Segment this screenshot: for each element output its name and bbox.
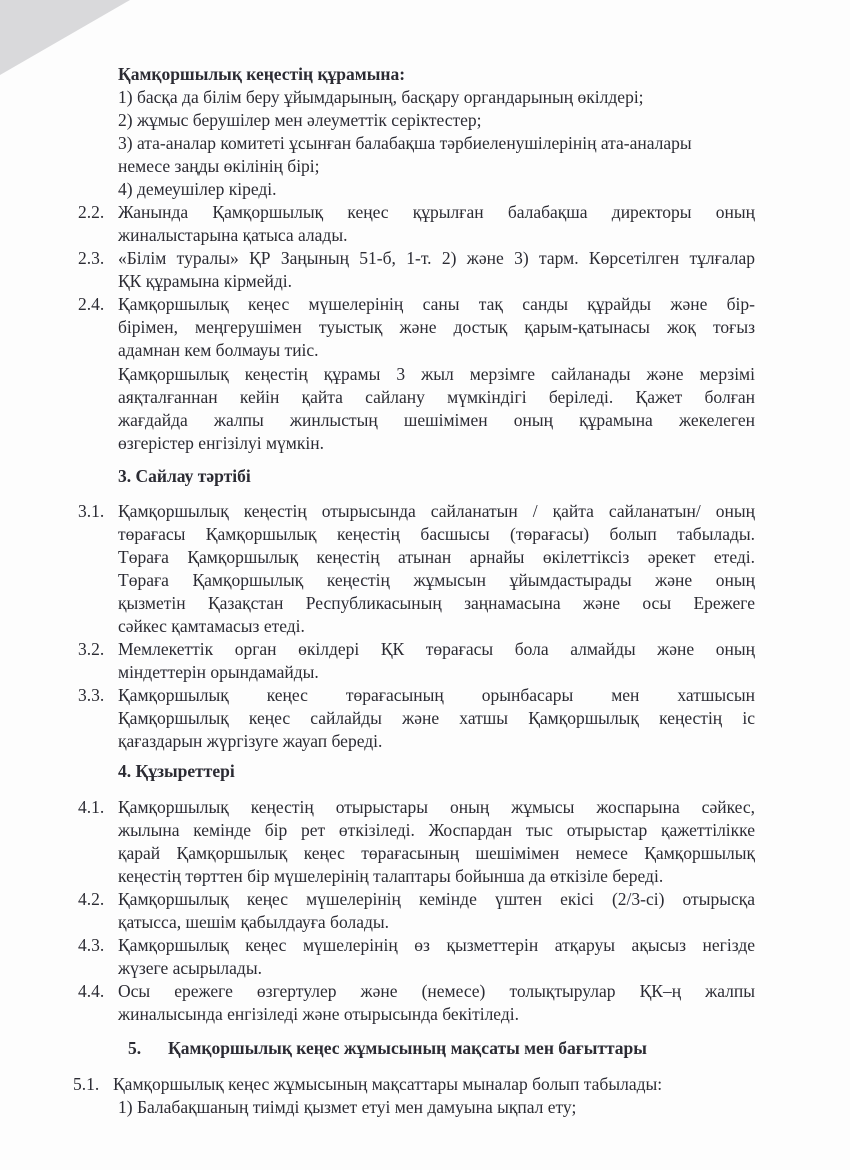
clause-line: адамнан кем болмауы тиіс. <box>118 339 319 361</box>
composition-item: 3) ата-аналар комитеті ұсынған балабақша… <box>118 132 692 154</box>
composition-item: 1) басқа да білім беру ұйымдарының, басқ… <box>118 86 644 108</box>
clause-number: 2.3. <box>78 247 104 269</box>
clause-line: кеңестің төрттен бір мүшелерінің талапта… <box>118 865 663 887</box>
clause-line: бірімен, меңгерушімен туыстық және досты… <box>118 316 755 338</box>
clause-line: Қамқоршылық кеңес жұмысының мақсаттары м… <box>113 1073 662 1095</box>
clause-number: 5.1. <box>73 1073 99 1095</box>
clause-number: 2.2. <box>78 201 104 223</box>
clause-line: жүзеге асырылады. <box>118 957 262 979</box>
clause-number: 4.1. <box>78 796 104 818</box>
clause-line: аяқталғаннан кейін қайта сайлану мүмкінд… <box>118 386 755 408</box>
clause-line: Қамқоршылық кеңестің отырысында сайланат… <box>118 500 755 522</box>
composition-item: немесе заңды өкілінің бірі; <box>118 155 320 177</box>
clause-line: «Білім туралы» ҚР Заңының 51-б, 1-т. 2) … <box>118 247 755 269</box>
clause-line: Қамқоршылық кеңестің отырыстары оның жұм… <box>118 796 755 818</box>
clause-line: жиналыстарына қатыса алады. <box>118 224 347 246</box>
clause-number: 2.4. <box>78 293 104 315</box>
clause-line: Қамқоршылық кеңес мүшелерінің өз қызметт… <box>118 934 755 956</box>
clause-line: Қамқоршылық кеңес мүшелерінің саны тақ с… <box>118 293 755 315</box>
clause-line: жағдайда жалпы жинлыстың шешімімен оның … <box>118 409 755 431</box>
clause-line: міндеттерін орындамайды. <box>118 661 319 683</box>
clause-line: қағаздарын жүргізуге жауап береді. <box>118 730 382 752</box>
clause-line: өзгерістер енгізілуі мүмкін. <box>118 432 324 454</box>
clause-line: Осы ережеге өзгертулер және (немесе) тол… <box>118 980 755 1002</box>
clause-line: қызметін Қазақстан Республикасының заңна… <box>118 592 755 614</box>
clause-line: сәйкес қамтамасыз етеді. <box>118 615 305 637</box>
clause-line: Қамқоршылық кеңес төрағасының орынбасары… <box>118 684 755 706</box>
clause-line: Мемлекеттік орган өкілдері ҚК төрағасы б… <box>118 638 755 660</box>
clause-line: қатысса, шешім қабылдауға болады. <box>118 911 389 933</box>
clause-line: Төраға Қамқоршылық кеңестің атынан арнай… <box>118 546 755 568</box>
clause-line: Қамқоршылық кеңес мүшелерінің кемінде үш… <box>118 888 755 910</box>
section-heading-5: Қамқоршылық кеңес жұмысының мақсаты мен … <box>168 1037 647 1059</box>
clause-line: Төраға Қамқоршылық кеңестің жұмысын ұйым… <box>118 569 755 591</box>
clause-number: 3.3. <box>78 684 104 706</box>
clause-line: Жанында Қамқоршылық кеңес құрылған балаб… <box>118 201 755 223</box>
clause-line: жиналысында енгізіледі және отырысында б… <box>118 1003 519 1025</box>
clause-number: 4.3. <box>78 934 104 956</box>
document-page: Қамқоршылық кеңестің құрамына: 1) басқа … <box>0 0 850 1170</box>
clause-line: Қамқоршылық кеңес сайлайды және хатшы Қа… <box>118 707 755 729</box>
clause-number: 3.1. <box>78 500 104 522</box>
clause-line: қарай Қамқоршылық кеңес төрағасының шеші… <box>118 842 755 864</box>
clause-line: 1) Балабақшаның тиімді қызмет етуі мен д… <box>118 1096 576 1118</box>
section-heading-3: 3. Сайлау тәртібі <box>118 465 251 487</box>
clause-line: Қамқоршылық кеңестің құрамы 3 жыл мерзім… <box>118 363 755 385</box>
clause-line: жылына кемінде бір рет өткізіледі. Жоспа… <box>118 819 755 841</box>
composition-heading: Қамқоршылық кеңестің құрамына: <box>118 63 405 85</box>
clause-line: ҚК құрамына кірмейді. <box>118 270 292 292</box>
composition-item: 2) жұмыс берушілер мен әлеуметтік серікт… <box>118 109 482 131</box>
clause-number: 4.4. <box>78 980 104 1002</box>
clause-number: 3.2. <box>78 638 104 660</box>
composition-item: 4) демеушілер кіреді. <box>118 178 277 200</box>
section-number-5: 5. <box>128 1037 141 1059</box>
clause-number: 4.2. <box>78 888 104 910</box>
clause-line: төрағасы Қамқоршылық кеңестің басшысы (т… <box>118 523 755 545</box>
section-heading-4: 4. Құзыреттері <box>118 760 235 782</box>
